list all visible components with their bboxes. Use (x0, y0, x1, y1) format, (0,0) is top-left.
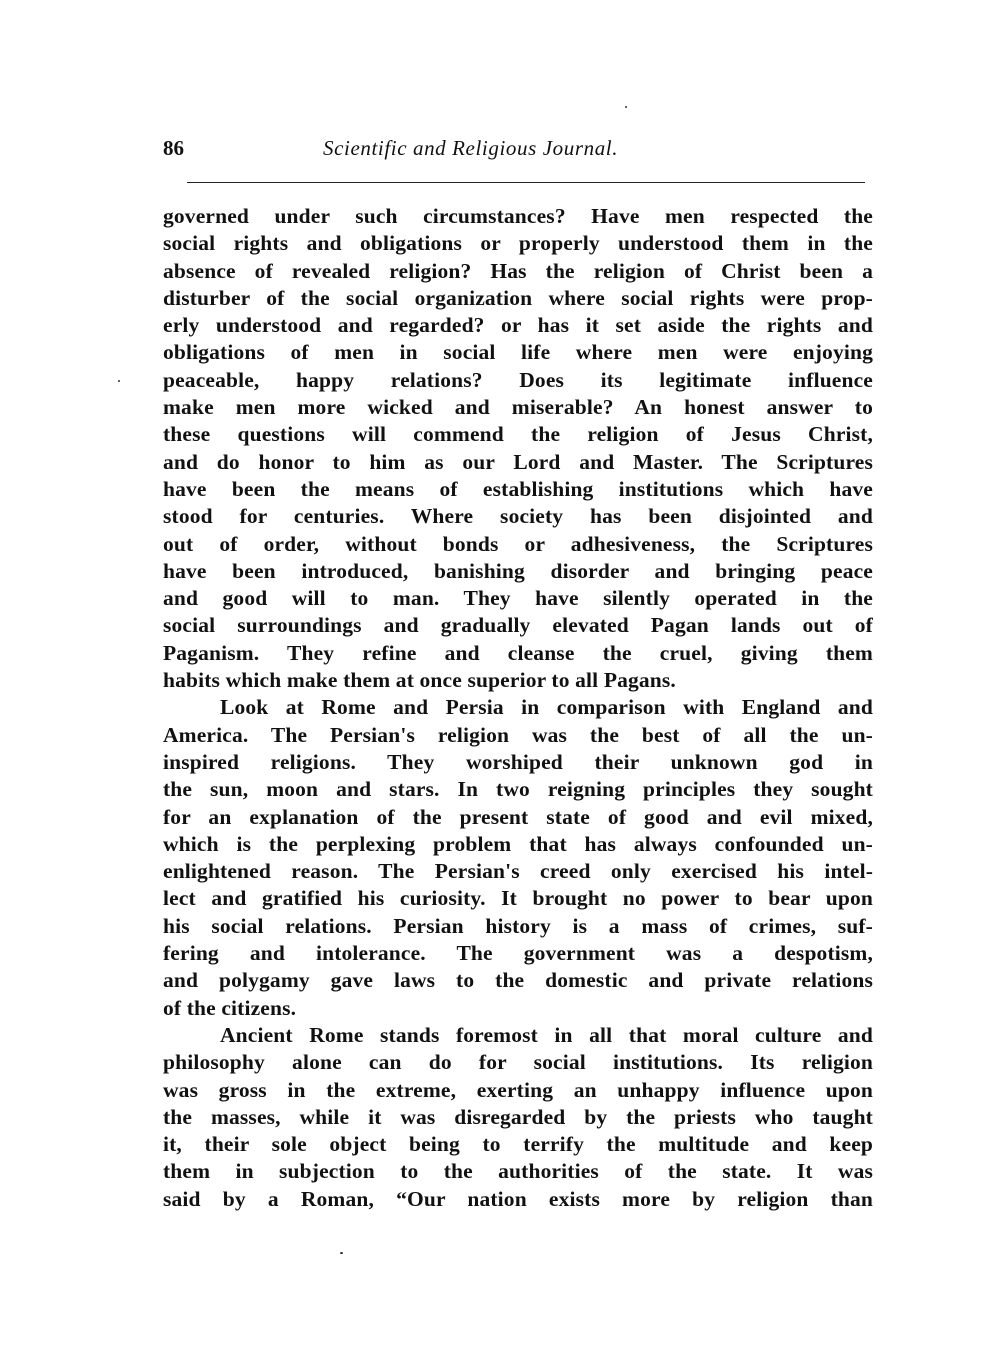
text-line: lect and gratified his curiosity. It bro… (163, 885, 873, 912)
text-line: obligations of men in social life where … (163, 339, 873, 366)
text-line: stood for centuries. Where society has b… (163, 503, 873, 530)
text-line: America. The Persian's religion was the … (163, 722, 873, 749)
scan-speck (340, 1252, 343, 1254)
text-line: for an explanation of the present state … (163, 804, 873, 831)
paragraph-start-line: Ancient Rome stands foremost in all that… (163, 1022, 873, 1049)
text-line: the masses, while it was disregarded by … (163, 1104, 873, 1131)
text-line: disturber of the social organization whe… (163, 285, 873, 312)
text-line: make men more wicked and miserable? An h… (163, 394, 873, 421)
page-header: 86 Scientific and Religious Journal. (163, 136, 873, 170)
text-line: these questions will commend the religio… (163, 421, 873, 448)
header-rule (187, 182, 865, 183)
text-line: of the citizens. (163, 995, 873, 1022)
body-text: governed under such circumstances? Have … (163, 203, 873, 1213)
text-line: inspired religions. They worshiped their… (163, 749, 873, 776)
text-line: social surroundings and gradually elevat… (163, 612, 873, 639)
text-line: was gross in the extreme, exerting an un… (163, 1077, 873, 1104)
scan-speck (118, 380, 120, 382)
text-line: out of order, without bonds or adhesiven… (163, 531, 873, 558)
text-line: said by a Roman, “Our nation exists more… (163, 1186, 873, 1213)
page-number: 86 (163, 136, 184, 161)
text-line: have been the means of establishing inst… (163, 476, 873, 503)
text-line: and do honor to him as our Lord and Mast… (163, 449, 873, 476)
text-line: fering and intolerance. The government w… (163, 940, 873, 967)
running-title: Scientific and Religious Journal. (323, 136, 618, 161)
scan-speck (625, 106, 627, 108)
text-line: which is the perplexing problem that has… (163, 831, 873, 858)
text-line: habits which make them at once superior … (163, 667, 873, 694)
text-line: erly understood and regarded? or has it … (163, 312, 873, 339)
text-line: and polygamy gave laws to the domestic a… (163, 967, 873, 994)
text-line: Paganism. They refine and cleanse the cr… (163, 640, 873, 667)
text-line: his social relations. Persian history is… (163, 913, 873, 940)
text-line: governed under such circumstances? Have … (163, 203, 873, 230)
text-line: the sun, moon and stars. In two reigning… (163, 776, 873, 803)
text-line: enlightened reason. The Persian's creed … (163, 858, 873, 885)
text-line: them in subjection to the authorities of… (163, 1158, 873, 1185)
document-page: 86 Scientific and Religious Journal. gov… (0, 0, 1000, 1371)
text-line: it, their sole object being to terrify t… (163, 1131, 873, 1158)
text-line: social rights and obligations or properl… (163, 230, 873, 257)
text-line: peaceable, happy relations? Does its leg… (163, 367, 873, 394)
text-line: absence of revealed religion? Has the re… (163, 258, 873, 285)
text-line: and good will to man. They have silently… (163, 585, 873, 612)
text-line: philosophy alone can do for social insti… (163, 1049, 873, 1076)
paragraph-start-line: Look at Rome and Persia in comparison wi… (163, 694, 873, 721)
text-line: have been introduced, banishing disorder… (163, 558, 873, 585)
